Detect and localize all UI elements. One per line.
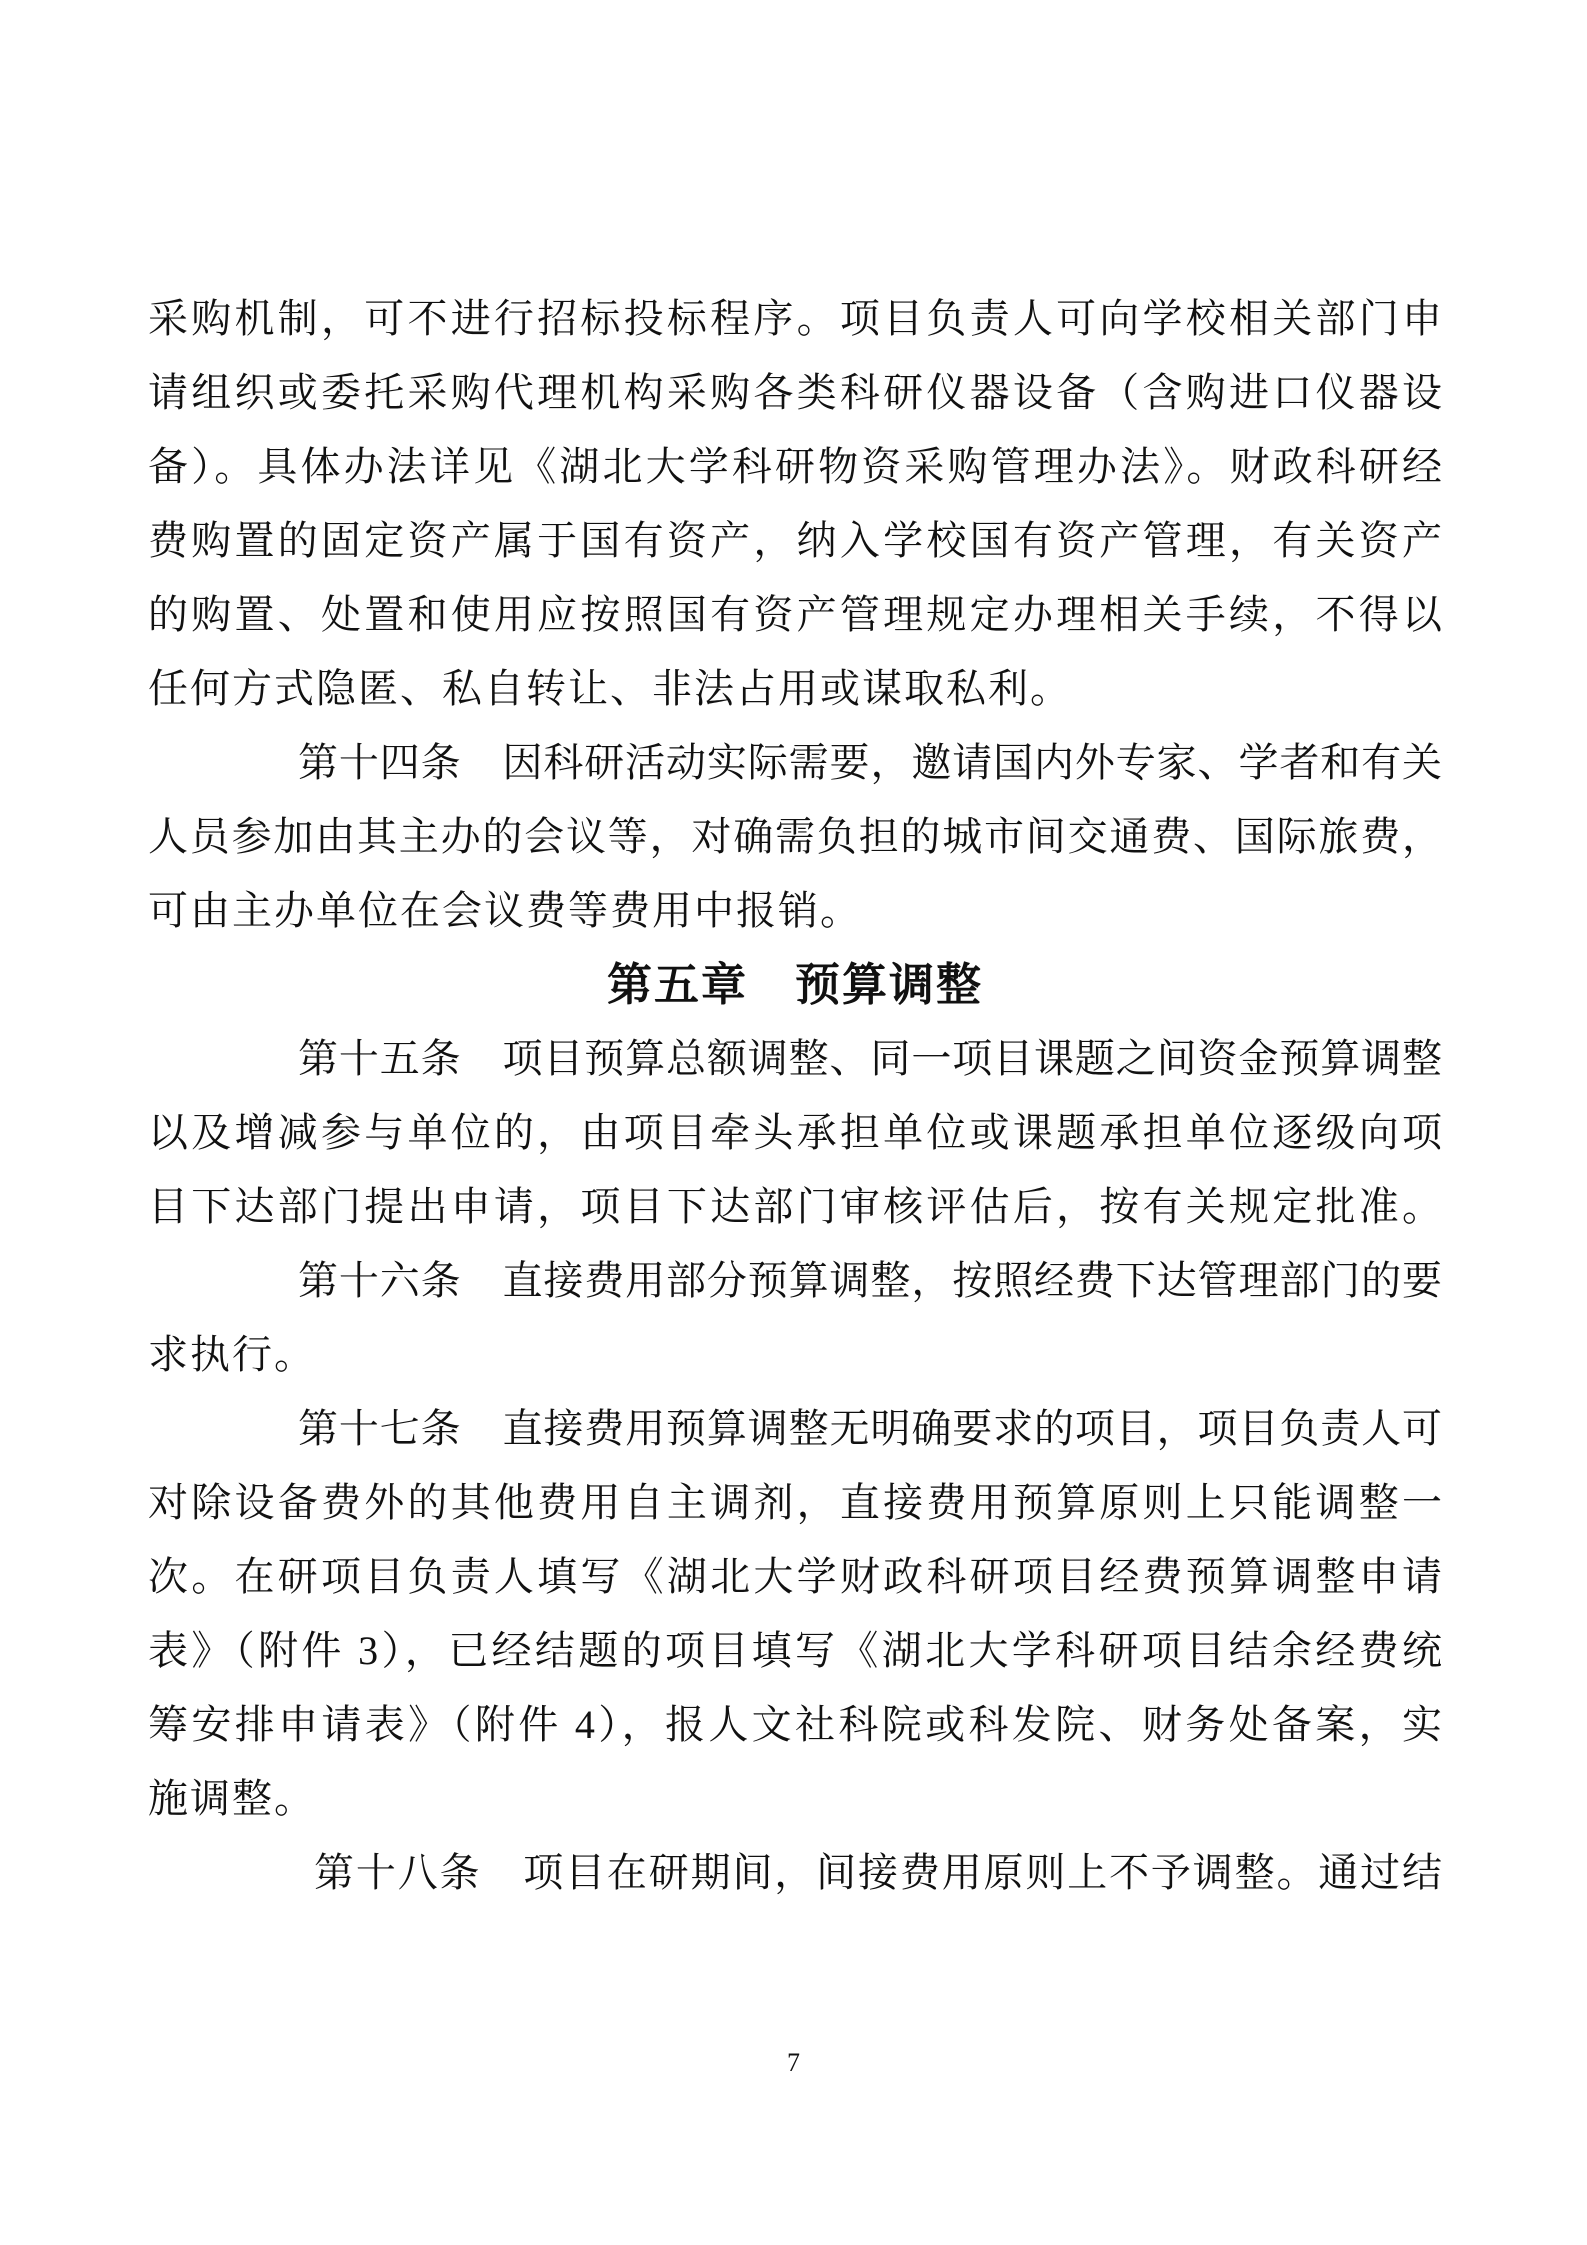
text-line: 第十五条 项目预算总额调整、同一项目课题之间资金预算调整 <box>148 1022 1442 1096</box>
text-line: 人员参加由其主办的会议等，对确需负担的城市间交通费、国际旅费， <box>148 800 1442 874</box>
text-line: 目下达部门提出申请，项目下达部门审核评估后，按有关规定批准。 <box>148 1170 1442 1244</box>
text-line: 费购置的固定资产属于国有资产，纳入学校国有资产管理，有关资产 <box>148 504 1442 578</box>
text-line: 可由主办单位在会议费等费用中报销。 <box>148 874 1442 948</box>
text-line: 第十八条 项目在研期间，间接费用原则上不予调整。通过结 <box>148 1836 1442 1910</box>
document-body: 采购机制，可不进行招标投标程序。项目负责人可向学校相关部门申请组织或委托采购代理… <box>148 282 1442 1910</box>
chapter-heading: 第五章 预算调整 <box>148 948 1442 1022</box>
text-line: 任何方式隐匿、私自转让、非法占用或谋取私利。 <box>148 652 1442 726</box>
text-line: 备）。具体办法详见《湖北大学科研物资采购管理办法》。财政科研经 <box>148 430 1442 504</box>
text-line: 的购置、处置和使用应按照国有资产管理规定办理相关手续，不得以 <box>148 578 1442 652</box>
text-line: 施调整。 <box>148 1762 1442 1836</box>
text-line: 对除设备费外的其他费用自主调剂，直接费用预算原则上只能调整一 <box>148 1466 1442 1540</box>
text-line: 第十六条 直接费用部分预算调整，按照经费下达管理部门的要 <box>148 1244 1442 1318</box>
text-line: 采购机制，可不进行招标投标程序。项目负责人可向学校相关部门申 <box>148 282 1442 356</box>
text-line: 筹安排申请表》（附件 4），报人文社科院或科发院、财务处备案，实 <box>148 1688 1442 1762</box>
page-number: 7 <box>0 2048 1587 2078</box>
text-line: 第十四条 因科研活动实际需要，邀请国内外专家、学者和有关 <box>148 726 1442 800</box>
text-line: 次。在研项目负责人填写《湖北大学财政科研项目经费预算调整申请 <box>148 1540 1442 1614</box>
text-line: 第十七条 直接费用预算调整无明确要求的项目，项目负责人可 <box>148 1392 1442 1466</box>
text-line: 求执行。 <box>148 1318 1442 1392</box>
document-page: 采购机制，可不进行招标投标程序。项目负责人可向学校相关部门申请组织或委托采购代理… <box>0 0 1587 2245</box>
text-line: 请组织或委托采购代理机构采购各类科研仪器设备（含购进口仪器设 <box>148 356 1442 430</box>
text-line: 以及增减参与单位的，由项目牵头承担单位或课题承担单位逐级向项 <box>148 1096 1442 1170</box>
text-line: 表》（附件 3），已经结题的项目填写《湖北大学科研项目结余经费统 <box>148 1614 1442 1688</box>
